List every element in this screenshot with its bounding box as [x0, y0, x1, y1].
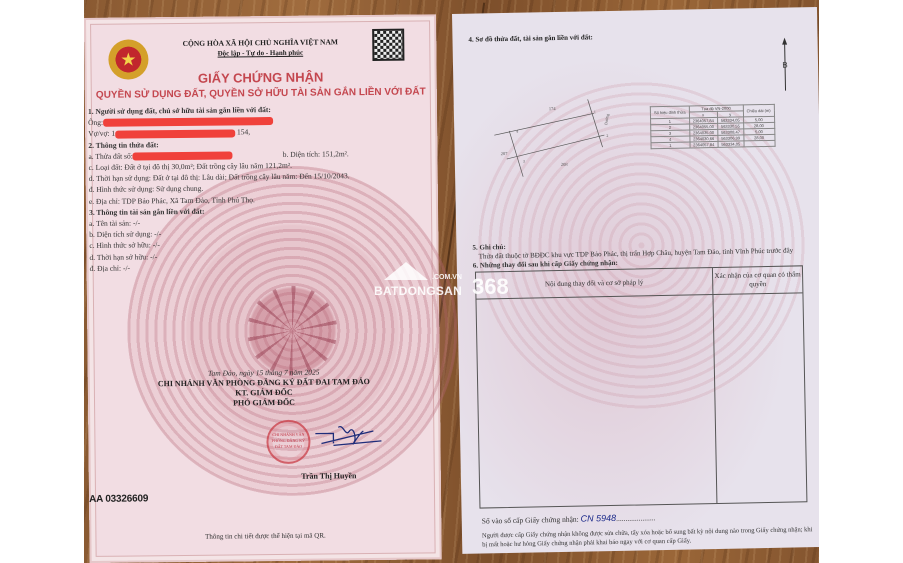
- registry-value: CN 5948: [580, 513, 616, 524]
- svg-text:4: 4: [516, 129, 518, 134]
- coord-cell: [744, 140, 775, 147]
- parcel-number-label: a. Thửa đất số:: [88, 151, 132, 160]
- svg-text:Đường: Đường: [603, 113, 610, 125]
- section4-heading: 4. Sơ đồ thửa đất, tài sản gắn liền với …: [468, 33, 593, 43]
- watermark-brand: BATDONGSAN: [374, 284, 462, 298]
- official-stamp-icon: CHI NHÁNH VĂN PHÒNG ĐĂNG KÝ ĐẤT TAM ĐẢO: [266, 420, 310, 464]
- spouse-suffix: 154,: [237, 128, 250, 137]
- coord-cell: 563308,47: [717, 129, 743, 135]
- coord-cell: 2364030,66: [689, 135, 717, 142]
- coordinate-table: Số hiệu đỉnh thửaTọa độ VN-2000Chiều dài…: [650, 104, 775, 149]
- signer-name: Trần Thị Huyền: [249, 471, 409, 482]
- redacted-parcel: [133, 152, 233, 161]
- registry-number: Số vào sổ cấp Giấy chứng nhận: CN 5948..…: [482, 512, 656, 525]
- coord-cell: 563330,55: [717, 123, 743, 129]
- col-length: Chiều dài (m): [743, 104, 774, 117]
- redacted-spouse: [115, 129, 235, 138]
- coord-cell: 563306,99: [718, 135, 744, 141]
- registry-label: Số vào sổ cấp Giấy chứng nhận:: [482, 515, 579, 526]
- svg-text:3: 3: [523, 159, 525, 164]
- svg-text:1: 1: [594, 109, 596, 114]
- signature-icon: [313, 421, 383, 452]
- qr-note: Thông tin chi tiết được thể hiện tại mã …: [89, 530, 441, 542]
- watermark-domain: .COM.VN: [432, 274, 462, 281]
- coord-cell: 2364055,00: [689, 123, 717, 130]
- svg-text:B: B: [782, 61, 788, 70]
- col-vertex: Số hiệu đỉnh thửa: [650, 106, 689, 119]
- changes-column-divider: [712, 294, 717, 503]
- parcel-area: b. Diện tích: 151,2m².: [283, 149, 349, 159]
- certificate-serial: AA 03326609: [89, 493, 148, 505]
- parcel-diagram: 174 207 208 Đường 1 2 3 4: [484, 96, 646, 179]
- coord-cell: 563334,05: [718, 141, 744, 147]
- changes-col-confirmation: Xác nhận của cơ quan có thẩm quyền: [713, 266, 803, 295]
- spouse-label: Vợ/vợ: 1: [88, 129, 115, 138]
- north-arrow-icon: B: [780, 38, 791, 93]
- drum-star-icon: [247, 285, 338, 376]
- certificate-subtitle: QUYỀN SỬ DỤNG ĐẤT, QUYỀN SỞ HỮU TÀI SẢN …: [85, 86, 437, 101]
- certificate-title: GIẤY CHỨNG NHẬN: [85, 68, 437, 87]
- coord-cell: 1: [651, 142, 690, 149]
- house-logo-icon: [384, 262, 428, 280]
- coord-cell: 2364057,84: [690, 141, 718, 148]
- svg-text:174: 174: [549, 106, 557, 111]
- warning-text: Người được cấp Giấy chứng nhận không đượ…: [482, 525, 817, 549]
- issuing-office: CHI NHÁNH VĂN PHÒNG ĐĂNG KÝ ĐẤT ĐAI TAM …: [88, 376, 440, 410]
- coord-cell: 2364035,00: [689, 129, 717, 136]
- svg-text:2: 2: [606, 133, 608, 138]
- batdongsan-watermark: .COM.VN BATDONGSAN 368: [364, 262, 584, 312]
- document-photo: ★ CỘNG HÒA XÃ HỘI CHỦ NGHĨA VIỆT NAM Độc…: [84, 0, 819, 563]
- coord-cell: 563334,05: [717, 117, 743, 123]
- coord-cell: 2364057,84: [689, 117, 717, 124]
- owner-label: Ông:: [88, 118, 103, 127]
- svg-text:207: 207: [501, 151, 509, 156]
- watermark-number: 368: [472, 274, 509, 300]
- svg-text:208: 208: [561, 162, 569, 167]
- certificate-body: 1. Người sử dụng đất, chủ sở hữu tài sản…: [88, 102, 430, 274]
